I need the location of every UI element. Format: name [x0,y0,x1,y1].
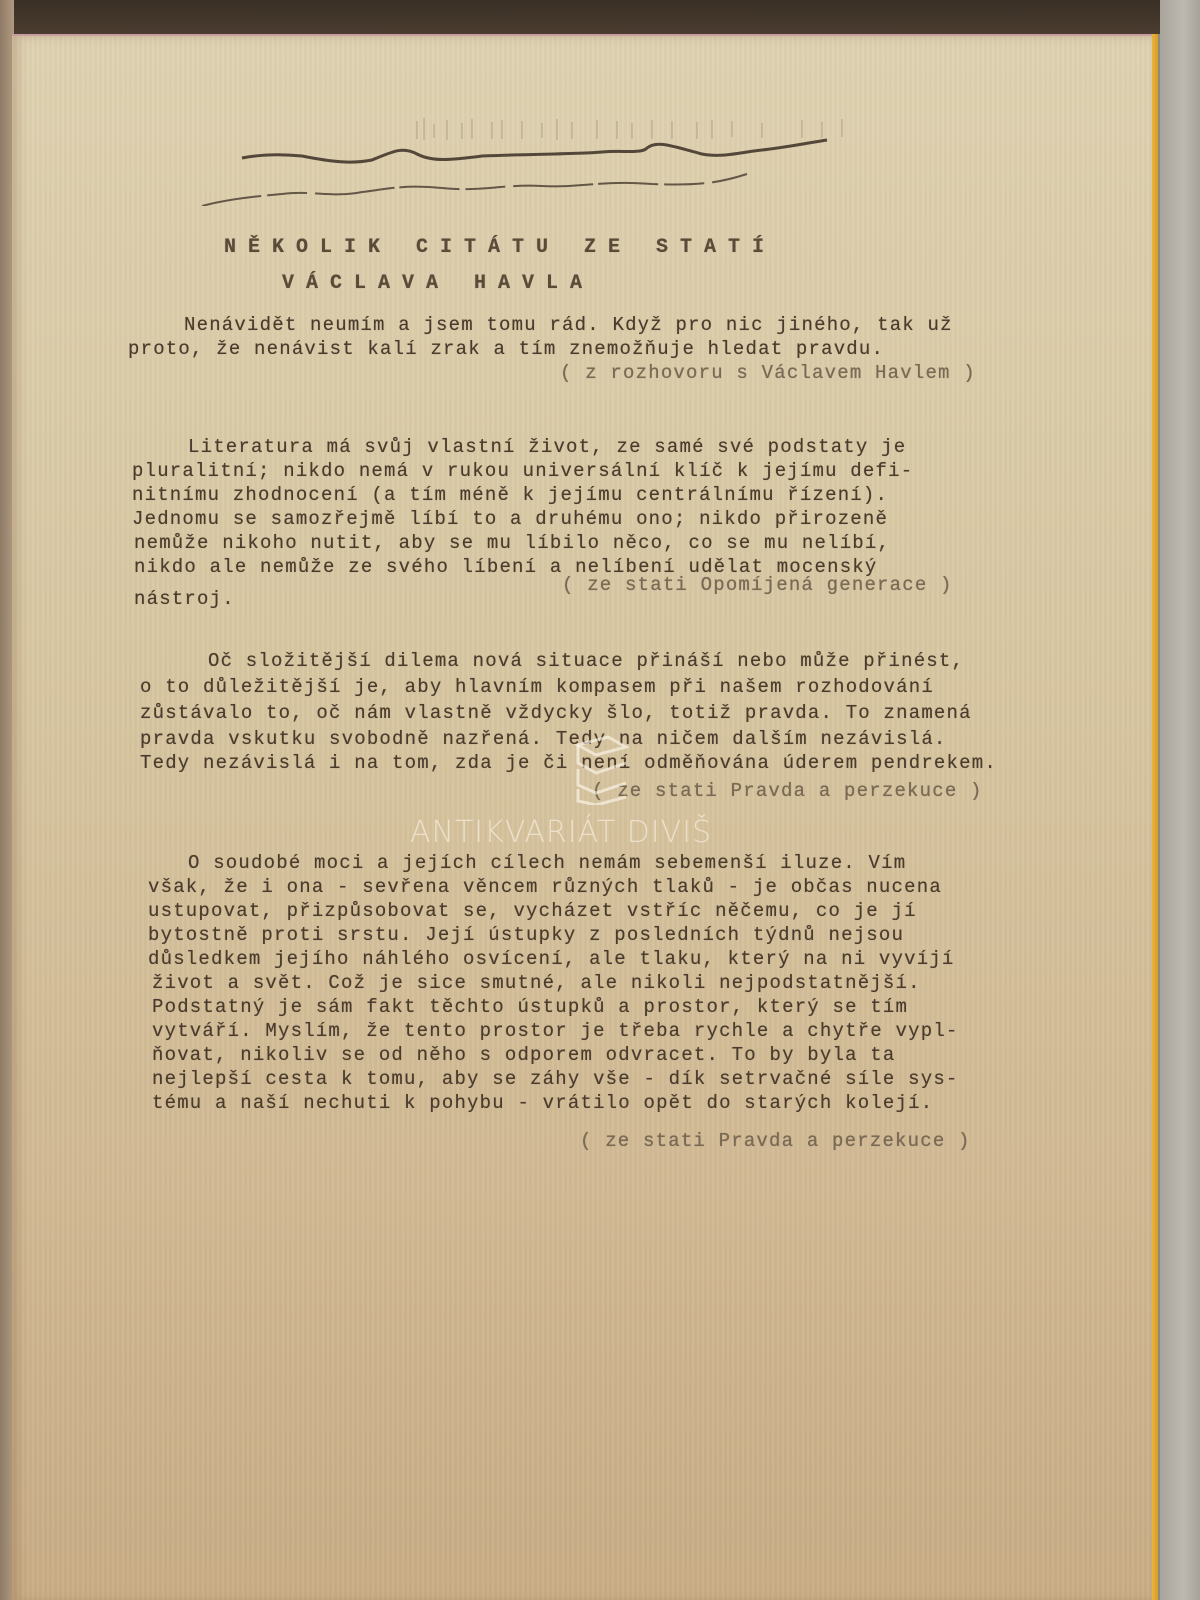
quote-line: důsledkem jejího náhlého osvícení, ale t… [148,948,955,970]
quote-line: Nenávidět neumím a jsem tomu rád. Když p… [184,314,953,336]
quote-line: Jednomu se samozřejmě líbí to a druhému … [132,508,888,530]
quote-line: ňovat, nikoliv se od něho s odporem odvr… [152,1044,896,1066]
quote-line: O soudobé moci a jejích cílech nemám seb… [188,852,906,874]
quote-line: Oč složitější dilema nová situace přináš… [208,650,964,672]
quote-line: Literatura má svůj vlastní život, ze sam… [188,436,906,458]
background-top [0,0,1200,34]
ink-smudge-marks [202,96,1042,206]
quote-line: Podstatný je sám fakt těchto ústupků a p… [152,996,908,1018]
quote-line: ustupovat, přizpůsobovat se, vycházet vs… [148,900,917,922]
book-stack-icon [568,735,632,805]
quote-line: nitnímu zhodnocení (a tím méně k jejímu … [132,484,888,506]
quote-line: nástroj. [134,588,235,610]
document-title-line-1: NĚKOLIK CITÁTU ZE STATÍ [224,236,776,259]
binder-edge [1152,34,1158,1600]
quote-line: život a svět. Což je sice smutné, ale ni… [152,972,921,994]
quote-line: o to důležitější je, aby hlavním kompase… [140,676,934,698]
quote-source: ( ze stati Pravda a perzekuce ) [580,1130,971,1152]
quote-source: ( ze stati Pravda a perzekuce ) [592,780,983,802]
quote-line: nemůže nikoho nutit, aby se mu líbilo ně… [134,532,890,554]
quote-line: pravda vskutku svobodně nazřená. Tedy na… [140,728,947,750]
quote-line: proto, že nenávist kalí zrak a tím znemo… [128,338,884,360]
watermark-text: ANTIKVARIÁT DIVIŠ [410,815,712,850]
quote-line: nejlepší cesta k tomu, aby se záhy vše -… [152,1068,959,1090]
background-right [1160,0,1200,1600]
quote-line: vytváří. Myslím, že tento prostor je tře… [152,1020,959,1042]
quote-source: ( ze stati Opomíjená generace ) [562,574,953,596]
quote-line: tému a naší nechuti k pohybu - vrátilo o… [152,1092,933,1114]
quote-line: zůstávalo to, oč nám vlastně vždycky šlo… [140,702,972,724]
quote-line: pluralitní; nikdo nemá v rukou universál… [132,460,913,482]
document-title-line-2: VÁCLAVA HAVLA [282,272,594,295]
quote-line: však, že i ona - sevřena věncem různých … [148,876,942,898]
quote-line: bytostně proti srstu. Její ústupky z pos… [148,924,904,946]
quote-source: ( z rozhovoru s Václavem Havlem ) [560,362,976,384]
